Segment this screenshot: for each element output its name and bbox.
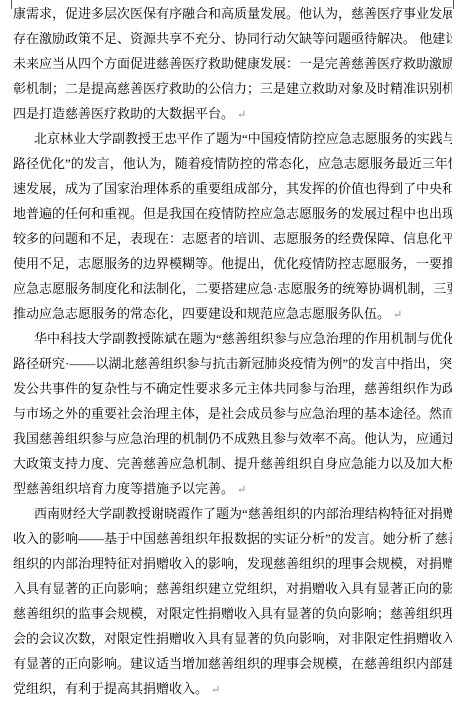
text-line: 发公共事件的复杂性与不确定性要求多元主体共同参与治理，慈善组织作为政府 — [13, 376, 452, 401]
text-line: 党组织，有利于提高其捐赠收入。↵ — [13, 676, 452, 701]
text-line: 较多的问题和不足，表现在：志愿者的培训、志愿服务的经费保障、信息化平台 — [13, 226, 452, 251]
text-line: 未来应当从四个方面促进慈善医疗救助健康发展：一是完善慈善医疗救助激励表 — [13, 51, 452, 76]
document-page: 康需求，促进多层次医保有序融合和高质量发展。他认为，慈善医疗事业发展还存在激励政… — [0, 0, 466, 702]
text-line: 我国慈善组织参与应急治理的机制仍不成熟且参与效率不高。他认为，应通过加 — [13, 426, 452, 451]
text-line: 型慈善组织培育力度等措施予以完善。↵ — [13, 476, 452, 501]
paragraph-mark-icon: ↵ — [211, 684, 220, 696]
text-line: 北京林业大学副教授王忠平作了题为“中国疫情防控应急志愿服务的实践与 — [13, 126, 452, 151]
text-line: 与市场之外的重要社会治理主体，是社会成员参与应急治理的基本途径。然而， — [13, 401, 452, 426]
text-line: 四是打造慈善医疗救助的大数据平台。↵ — [13, 101, 452, 126]
text-line: 慈善组织的监事会规模，对限定性捐赠收入具有显著的负向影响；慈善组织理事 — [13, 601, 452, 626]
document-body: 康需求，促进多层次医保有序融合和高质量发展。他认为，慈善医疗事业发展还存在激励政… — [13, 1, 452, 701]
text-line: 路径研究·——以湖北慈善组织参与抗击新冠肺炎疫情为例”的发言中指出，突 — [13, 351, 452, 376]
text-line: 入具有显著的正向影响；慈善组织建立党组织，对捐赠收入具有显著正向的影响； — [13, 576, 452, 601]
text-boundary-mark-left — [11, 0, 12, 9]
text-line: 华中科技大学副教授陈斌在题为“慈善组织参与应急治理的作用机制与优化 — [13, 326, 452, 351]
text-line: 地普遍的任何和重视。但是我国在疫情防控应急志愿服务的发展过程中也出现了 — [13, 201, 452, 226]
paragraph-mark-icon: ↵ — [237, 484, 246, 496]
text-line: 收入的影响——基于中国慈善组织年报数据的实证分析”的发言。她分析了慈善 — [13, 526, 452, 551]
text-line: 存在激励政策不足、资源共享不充分、协同行动欠缺等问题亟待解决。 他建议， — [13, 26, 452, 51]
text-line: 路径优化”的发言，他认为，随着疫情防控的常态化，应急志愿服务最近三年快 — [13, 151, 452, 176]
text-boundary-mark-right — [453, 0, 454, 9]
text-line: 推动应急志愿服务的常态化，四要建设和规范应急志愿服务队伍。↵ — [13, 301, 452, 326]
text-line: 会的会议次数，对限定性捐赠收入具有显著的负向影响，对非限定性捐赠收入具 — [13, 626, 452, 651]
text-line: 使用不足，志愿服务的边界模糊等。他提出，优化疫情防控志愿服务，一要推动 — [13, 251, 452, 276]
text-line: 西南财经大学副教授谢晓霞作了题为“慈善组织的内部治理结构特征对捐赠 — [13, 501, 452, 526]
text-line: 彰机制；二是提高慈善医疗救助的公信力；三是建立救助对象及时精准识别机制； — [13, 76, 452, 101]
text-line: 组织的内部治理特征对捐赠收入的影响，发现慈善组织的理事会规模，对捐赠收 — [13, 551, 452, 576]
text-line: 速发展，成为了国家治理体系的重要组成部分，其发挥的价值也得到了中央和各 — [13, 176, 452, 201]
text-line: 康需求，促进多层次医保有序融合和高质量发展。他认为，慈善医疗事业发展还 — [13, 1, 452, 26]
paragraph-mark-icon: ↵ — [237, 109, 246, 121]
text-line: 有显著的正向影响。建议适当增加慈善组织的理事会规模，在慈善组织内部建立 — [13, 651, 452, 676]
text-line: 应急志愿服务制度化和法制化，二要搭建应急·志愿服务的统筹协调机制，三要 — [13, 276, 452, 301]
paragraph-mark-icon: ↵ — [393, 309, 402, 321]
text-line: 大政策支持力度、完善慈善应急机制、提升慈善组织自身应急能力以及加大枢纽 — [13, 451, 452, 476]
